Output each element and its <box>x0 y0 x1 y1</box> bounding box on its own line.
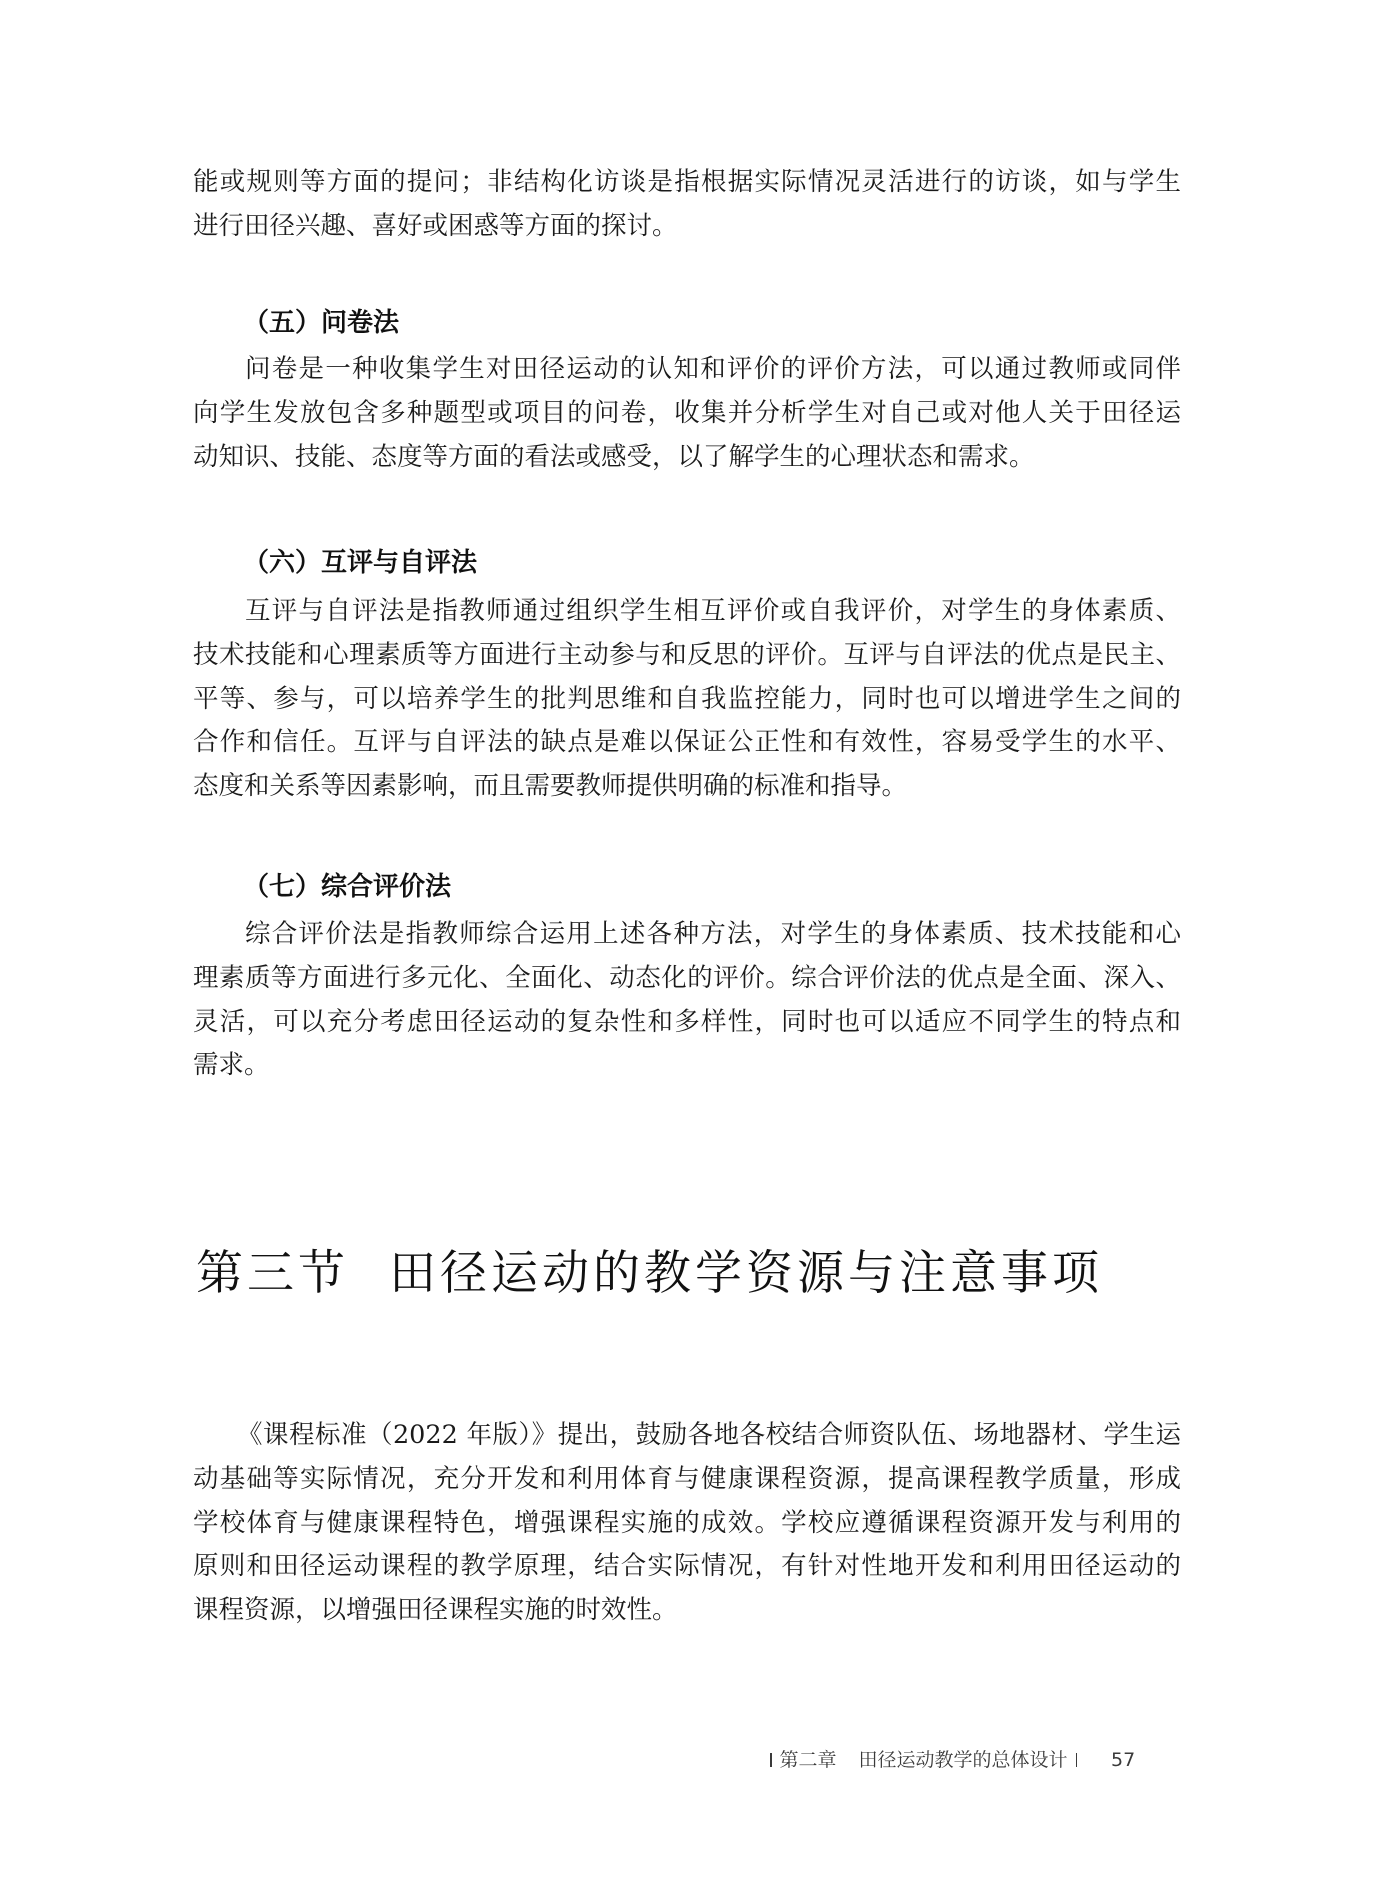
book-page: 能或规则等方面的提问；非结构化访谈是指根据实际情况灵活进行的访谈，如与学生 进行… <box>0 0 1374 1891</box>
divider-bar <box>770 1753 772 1767</box>
section-title-text: 田径运动的教学资源与注意事项 <box>389 1246 1103 1301</box>
paragraph-line: 能或规则等方面的提问；非结构化访谈是指根据实际情况灵活进行的访谈，如与学生 <box>193 161 1181 205</box>
paragraph-line: 课程资源，以增强田径课程实施的时效性。 <box>193 1589 1181 1633</box>
questionnaire-paragraph: 问卷是一种收集学生对田径运动的认知和评价的评价方法，可以通过教师或同伴 向学生发… <box>193 348 1181 479</box>
comprehensive-evaluation-paragraph: 综合评价法是指教师综合运用上述各种方法，对学生的身体素质、技术技能和心 理素质等… <box>193 913 1181 1088</box>
running-footer: 第二章田径运动教学的总体设计57 <box>762 1744 1135 1776</box>
paragraph-line: 理素质等方面进行多元化、全面化、动态化的评价。综合评价法的优点是全面、深入、 <box>193 957 1181 1001</box>
paragraph-line: 问卷是一种收集学生对田径运动的认知和评价的评价方法，可以通过教师或同伴 <box>193 348 1181 392</box>
paragraph-line: 向学生发放包含多种题型或项目的问卷，收集并分析学生对自己或对他人关于田径运 <box>193 392 1181 436</box>
paragraph-line: 进行田径兴趣、喜好或困惑等方面的探讨。 <box>193 205 1181 249</box>
peer-self-evaluation-paragraph: 互评与自评法是指教师通过组织学生相互评价或自我评价，对学生的身体素质、 技术技能… <box>193 590 1181 809</box>
teaching-resources-intro-paragraph: 《课程标准（2022 年版）》提出，鼓励各地各校结合师资队伍、场地器材、学生运 … <box>193 1414 1181 1633</box>
paragraph-line: 平等、参与，可以培养学生的批判思维和自我监控能力，同时也可以增进学生之间的 <box>193 678 1181 722</box>
subsection-heading-comprehensive-evaluation: （七）综合评价法 <box>243 865 451 909</box>
footer-chapter-title: 田径运动教学的总体设计 <box>859 1749 1068 1771</box>
section-number: 第三节 <box>196 1246 349 1301</box>
paragraph-line: 原则和田径运动课程的教学原理，结合实际情况，有针对性地开发和利用田径运动的 <box>193 1545 1181 1589</box>
paragraph-line: 技术技能和心理素质等方面进行主动参与和反思的评价。互评与自评法的优点是民主、 <box>193 634 1181 678</box>
divider-bar <box>1076 1753 1078 1767</box>
paragraph-line: 动知识、技能、态度等方面的看法或感受，以了解学生的心理状态和需求。 <box>193 436 1181 480</box>
section-title: 第三节田径运动的教学资源与注意事项 <box>196 1244 1103 1304</box>
paragraph-line: 互评与自评法是指教师通过组织学生相互评价或自我评价，对学生的身体素质、 <box>193 590 1181 634</box>
continuation-paragraph: 能或规则等方面的提问；非结构化访谈是指根据实际情况灵活进行的访谈，如与学生 进行… <box>193 161 1181 249</box>
paragraph-line: 需求。 <box>193 1044 1181 1088</box>
paragraph-line: 态度和关系等因素影响，而且需要教师提供明确的标准和指导。 <box>193 765 1181 809</box>
subsection-heading-peer-self-evaluation: （六）互评与自评法 <box>243 541 477 585</box>
footer-chapter: 第二章 <box>780 1749 837 1771</box>
paragraph-line: 学校体育与健康课程特色，增强课程实施的成效。学校应遵循课程资源开发与利用的 <box>193 1502 1181 1546</box>
paragraph-line: 动基础等实际情况，充分开发和利用体育与健康课程资源，提高课程教学质量，形成 <box>193 1458 1181 1502</box>
subsection-heading-questionnaire: （五）问卷法 <box>243 301 399 345</box>
paragraph-line: 综合评价法是指教师综合运用上述各种方法，对学生的身体素质、技术技能和心 <box>193 913 1181 957</box>
page-number: 57 <box>1111 1744 1135 1776</box>
paragraph-line: 《课程标准（2022 年版）》提出，鼓励各地各校结合师资队伍、场地器材、学生运 <box>193 1414 1181 1458</box>
paragraph-line: 灵活，可以充分考虑田径运动的复杂性和多样性，同时也可以适应不同学生的特点和 <box>193 1001 1181 1045</box>
paragraph-line: 合作和信任。互评与自评法的缺点是难以保证公正性和有效性，容易受学生的水平、 <box>193 721 1181 765</box>
